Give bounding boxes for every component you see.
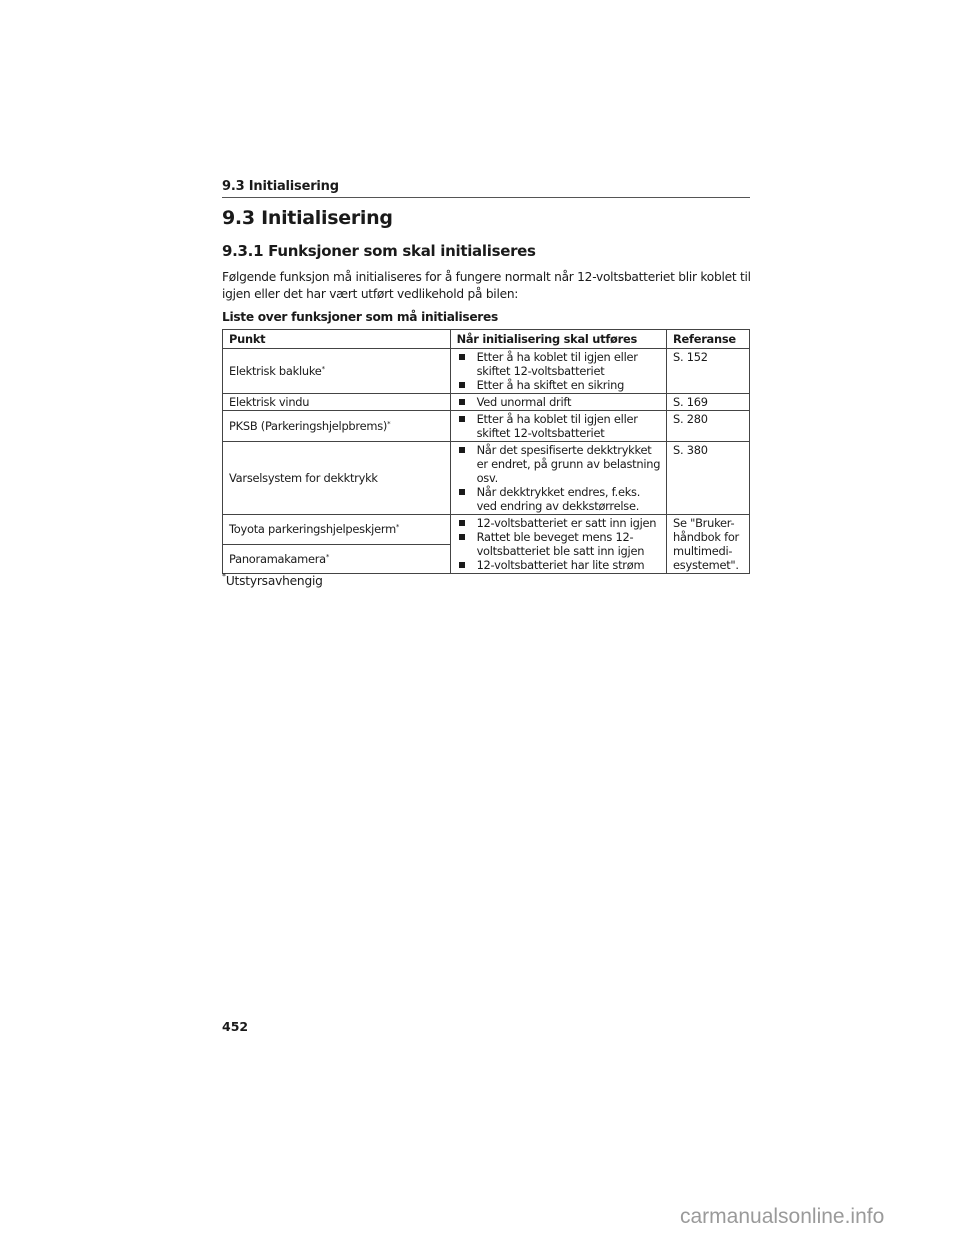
square-bullet-icon (459, 489, 465, 495)
conditions-cell: Etter å ha koblet til igjen eller skifte… (450, 349, 666, 394)
table-row: Elektrisk vindu Ved unormal drift S. 169 (223, 394, 750, 411)
square-bullet-icon (459, 562, 465, 568)
page-number: 452 (222, 1019, 248, 1034)
table-title: Liste over funksjoner som må initialiser… (222, 310, 498, 324)
item-cell: Elektrisk vindu (223, 394, 451, 411)
condition-item: Etter å ha koblet til igjen eller skifte… (457, 350, 661, 378)
item-cell: Panoramakamera* (223, 544, 451, 574)
intro-paragraph: Følgende funksjon må initialiseres for å… (222, 269, 762, 303)
reference-cell: S. 169 (667, 394, 750, 411)
item-cell: Elektrisk bakluke* (223, 349, 451, 394)
reference-cell: S. 380 (667, 442, 750, 515)
footnote: *Utstyrsavhengig (222, 574, 323, 588)
table-row: Toyota parkeringshjelpeskjerm* 12-voltsb… (223, 515, 750, 545)
conditions-cell: 12-voltsbatteriet er satt inn igjen Ratt… (450, 515, 666, 574)
conditions-cell: Etter å ha koblet til igjen eller skifte… (450, 411, 666, 442)
column-header-when: Når initialisering skal utføres (450, 330, 666, 349)
table-row: PKSB (Parkeringshjelpbrems)* Etter å ha … (223, 411, 750, 442)
reference-cell: Se "Bruker-håndbok for multimedi-esystem… (667, 515, 750, 574)
square-bullet-icon (459, 399, 465, 405)
condition-item: Etter å ha skiftet en sikring (457, 378, 661, 392)
square-bullet-icon (459, 520, 465, 526)
square-bullet-icon (459, 382, 465, 388)
square-bullet-icon (459, 447, 465, 453)
section-heading: 9.3 Initialisering (222, 207, 393, 229)
table-header-row: Punkt Når initialisering skal utføres Re… (223, 330, 750, 349)
watermark: carmanualsonline.info (680, 1205, 884, 1229)
conditions-cell: Ved unormal drift (450, 394, 666, 411)
condition-item: Ved unormal drift (457, 395, 661, 409)
subsection-heading: 9.3.1 Funksjoner som skal initialiseres (222, 242, 536, 260)
initialization-table: Punkt Når initialisering skal utføres Re… (222, 329, 750, 574)
item-cell: Toyota parkeringshjelpeskjerm* (223, 515, 451, 545)
conditions-cell: Når det spesifiserte dekktrykket er endr… (450, 442, 666, 515)
column-header-reference: Referanse (667, 330, 750, 349)
condition-item: Når det spesifiserte dekktrykket er endr… (457, 443, 661, 485)
reference-cell: S. 280 (667, 411, 750, 442)
table-row: Varselsystem for dekktrykk Når det spesi… (223, 442, 750, 515)
reference-cell: S. 152 (667, 349, 750, 394)
running-head: 9.3 Initialisering (222, 179, 750, 198)
condition-item: Når dekktrykket endres, f.eks. ved endri… (457, 485, 661, 513)
table-row: Elektrisk bakluke* Etter å ha koblet til… (223, 349, 750, 394)
condition-item: Etter å ha koblet til igjen eller skifte… (457, 412, 661, 440)
column-header-item: Punkt (223, 330, 451, 349)
item-cell: PKSB (Parkeringshjelpbrems)* (223, 411, 451, 442)
item-cell: Varselsystem for dekktrykk (223, 442, 451, 515)
condition-item: 12-voltsbatteriet er satt inn igjen (457, 516, 661, 530)
square-bullet-icon (459, 354, 465, 360)
square-bullet-icon (459, 534, 465, 540)
square-bullet-icon (459, 416, 465, 422)
condition-item: Rattet ble beveget mens 12-voltsbatterie… (457, 530, 661, 558)
condition-item: 12-voltsbatteriet har lite strøm (457, 558, 661, 572)
